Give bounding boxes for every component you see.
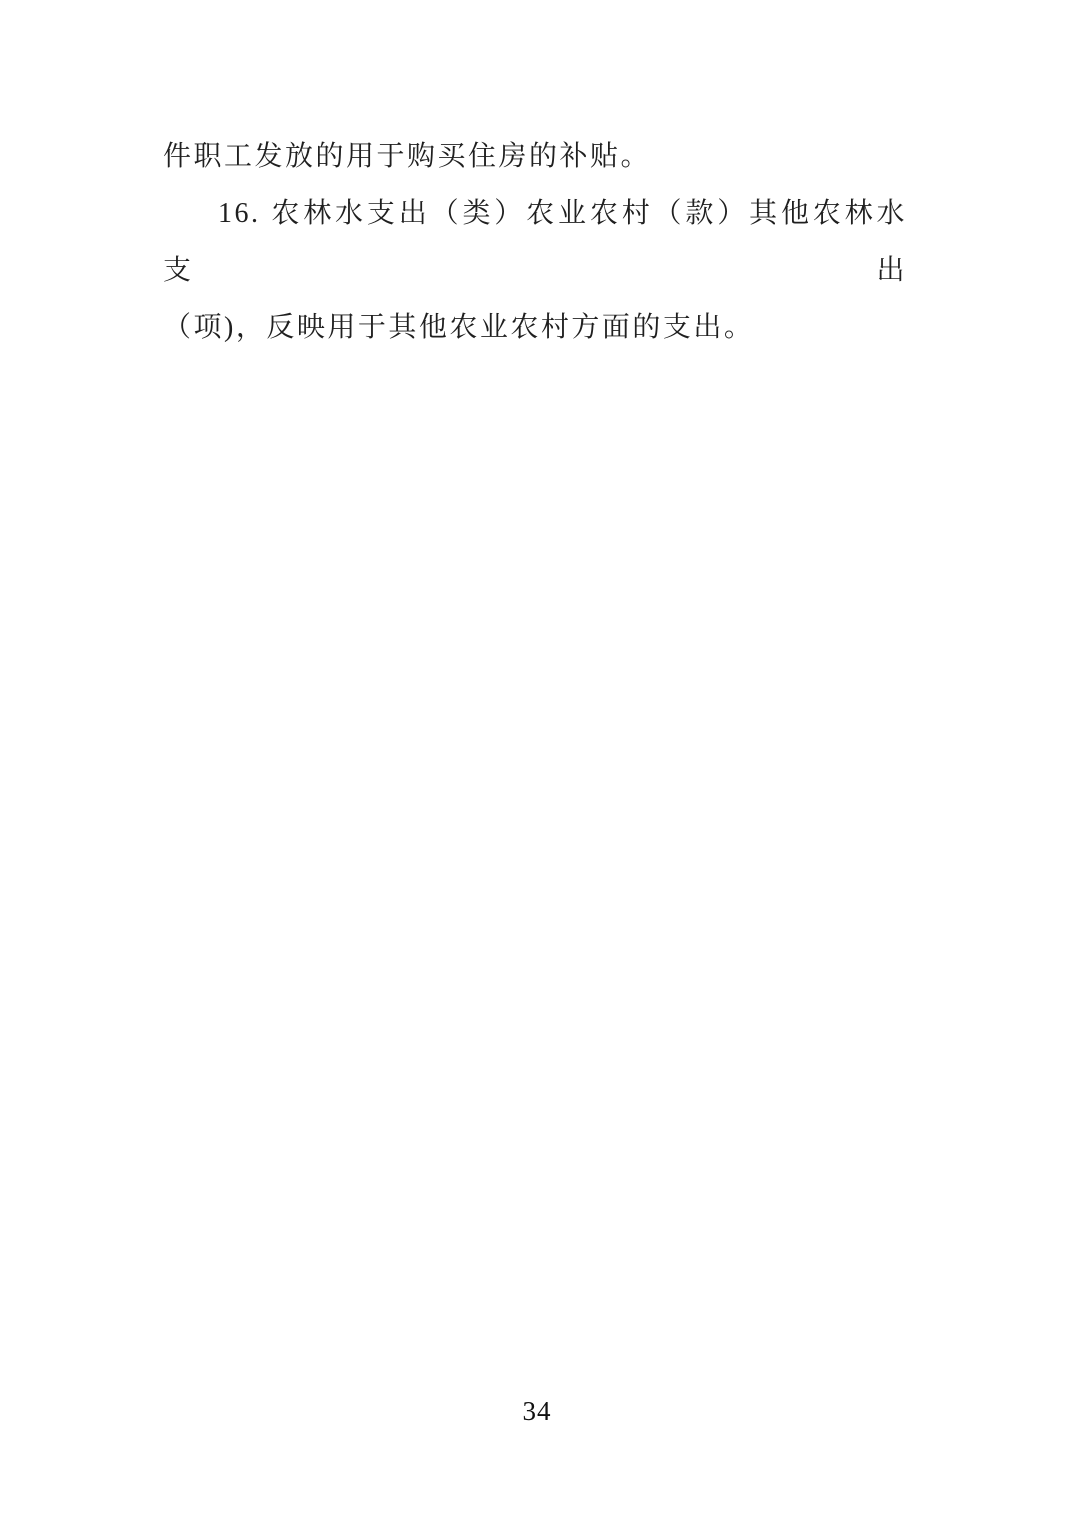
page-body-text: 件职工发放的用于购买住房的补贴。 16. 农林水支出（类）农业农村（款）其他农林… (163, 128, 907, 356)
paragraph-item-16-line-2: （项)，反映用于其他农业农村方面的支出。 (163, 299, 907, 356)
paragraph-item-16-line-1: 16. 农林水支出（类）农业农村（款）其他农林水支出 (163, 185, 907, 299)
document-page: 件职工发放的用于购买住房的补贴。 16. 农林水支出（类）农业农村（款）其他农林… (0, 0, 1074, 1520)
page-number: 34 (0, 1396, 1074, 1427)
paragraph-continuation-line: 件职工发放的用于购买住房的补贴。 (163, 128, 907, 185)
